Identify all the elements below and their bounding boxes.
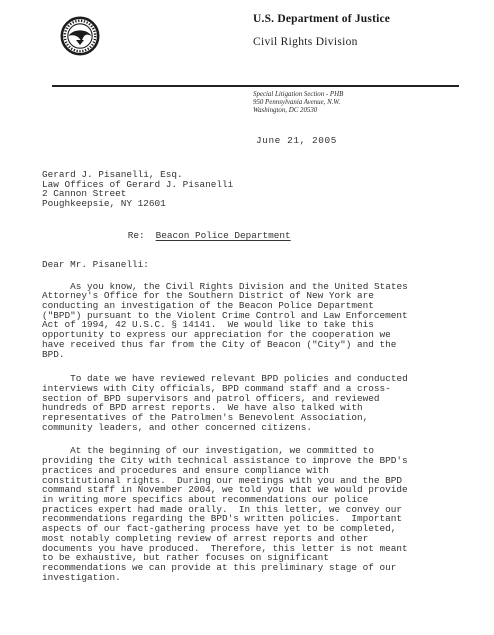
division-name: Civil Rights Division — [253, 36, 358, 48]
office-street-line: 950 Pennsylvania Avenue, N.W. — [253, 99, 343, 107]
agency-name: U.S. Department of Justice — [253, 13, 390, 25]
re-line: Re:Beacon Police Department — [42, 221, 468, 250]
office-address-block: Special Litigation Section - PHB 950 Pen… — [253, 91, 343, 116]
office-section-line: Special Litigation Section - PHB — [253, 91, 343, 99]
letter-date: June 21, 2005 — [256, 136, 337, 146]
doj-seal-icon — [60, 15, 100, 57]
body-paragraph: At the beginning of our investigation, w… — [42, 446, 468, 582]
letter-body: Gerard J. Pisanelli, Esq. Law Offices of… — [42, 170, 468, 582]
re-label: Re: — [128, 230, 145, 241]
salutation: Dear Mr. Pisanelli: — [42, 260, 468, 270]
recipient-address: Gerard J. Pisanelli, Esq. Law Offices of… — [42, 170, 468, 209]
body-paragraph: To date we have reviewed relevant BPD po… — [42, 374, 468, 432]
body-paragraph: As you know, the Civil Rights Division a… — [42, 282, 468, 360]
office-city-line: Washington, DC 20530 — [253, 107, 343, 115]
letter-page: U.S. Department of Justice Civil Rights … — [0, 0, 494, 635]
letterhead-divider — [52, 85, 459, 87]
re-subject: Beacon Police Department — [156, 230, 291, 241]
